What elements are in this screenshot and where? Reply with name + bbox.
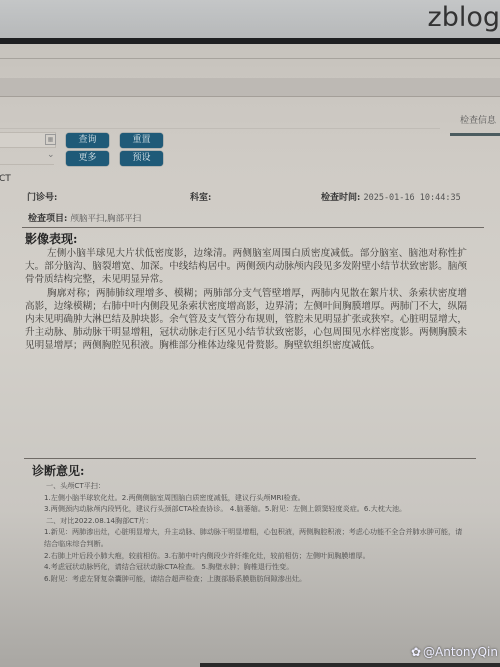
calendar-icon[interactable]: ▦ (45, 134, 56, 145)
diagnosis-title: 诊断意见: (32, 462, 84, 479)
menu-bar (0, 78, 500, 96)
department-field: 科室: (190, 190, 211, 203)
diagnosis-line: 二、对比2022.08.14胸部CT片： (28, 515, 468, 527)
exam-item-label: 检查项目: (28, 214, 67, 224)
chevron-down-icon[interactable]: ⌄ (47, 150, 55, 160)
diagnosis-line: 2.右肺上叶后段小肺大疱，较前相仿。3.右肺中叶内侧段少许纤维化灶，较前相仿；左… (28, 550, 468, 562)
filter-select[interactable] (0, 150, 54, 165)
department-label: 科室: (190, 193, 211, 203)
more-button[interactable]: 更多 (66, 151, 109, 166)
reset-button[interactable]: 重置 (120, 133, 163, 148)
outpatient-field: 门诊号: (27, 190, 57, 203)
window-divider (0, 96, 500, 97)
findings-text: 左侧小脑半球见大片状低密度影，边缘清。两侧脑室周围白质密度减低。部分脑室、脑池对… (25, 247, 467, 353)
findings-title: 影像表现: (25, 230, 77, 247)
diagnosis-line: 1.左侧小脑半球软化灶。2.两侧侧脑室周围脑白质密度减低，建议行头颅MRI检查。 (28, 492, 468, 504)
diagnosis-line: 6.附见：考虑左肾复杂囊肿可能，请结合超声检查；上腹部肠系膜脂肪间隙渗出灶。 (28, 573, 468, 585)
leaf-icon: ✿ (411, 645, 421, 659)
diagnosis-line: 1.新见：两肺渗出灶，心脏明显增大，升主动脉、肺动脉干明显增粗，心包积液，两侧胸… (28, 526, 468, 549)
diagnosis-line: 一、头颅CT平扫： (28, 480, 468, 492)
tab-exam-info[interactable]: 检查信息 (441, 112, 500, 130)
monitor-screen: 检查信息 ▦ ⌄ 查询 重置 更多 预设 CT 门诊号: 科室: 检查时间: 2… (0, 44, 500, 667)
exam-time-label: 检查时间: (321, 193, 360, 203)
window-divider (0, 58, 500, 59)
watermark-handle: @AntonyQin (423, 645, 498, 659)
preset-button[interactable]: 预设 (120, 151, 163, 166)
diagnosis-text: 一、头颅CT平扫： 1.左侧小脑半球软化灶。2.两侧侧脑室周围脑白质密度减低，建… (28, 480, 468, 584)
findings-paragraph-chest: 胸廓对称；两肺肺纹理增多、模糊；两肺部分支气管壁增厚，两肺内见散在絮片状、条索状… (25, 287, 467, 353)
diagnosis-line: 3.两侧颈内动脉颅内段钙化，建议行头颈部CTA检查协诊。 4.脑萎缩。5.附见：… (28, 503, 468, 515)
outpatient-label: 门诊号: (27, 193, 57, 203)
section-divider (24, 458, 476, 459)
background-wall (0, 0, 500, 40)
toolbar-divider (0, 128, 440, 129)
watermark-bottom: ✿@AntonyQin (411, 645, 498, 659)
monitor-bottom-edge (200, 663, 500, 667)
active-tab-indicator (450, 133, 500, 136)
watermark-top: zblog (428, 2, 500, 33)
section-divider (22, 227, 484, 228)
findings-paragraph-head: 左侧小脑半球见大片状低密度影，边缘清。两侧脑室周围白质密度减低。部分脑室、脑池对… (25, 247, 467, 287)
exam-item-field: 检查项目: 颅脑平扫,胸部平扫 (28, 211, 141, 224)
exam-time-value: 2025-01-16 10:44:35 (363, 193, 460, 203)
modality-label: CT (0, 174, 11, 184)
diagnosis-line: 4.考虑冠状动脉钙化，请结合冠状动脉CTA检查。 5.胸壁水肿；胸椎退行性变。 (28, 561, 468, 573)
exam-time-field: 检查时间: 2025-01-16 10:44:35 (321, 190, 461, 203)
exam-item-value: 颅脑平扫,胸部平扫 (70, 214, 141, 224)
report-document: 门诊号: 科室: 检查时间: 2025-01-16 10:44:35 检查项目:… (0, 187, 500, 667)
query-button[interactable]: 查询 (66, 133, 109, 148)
